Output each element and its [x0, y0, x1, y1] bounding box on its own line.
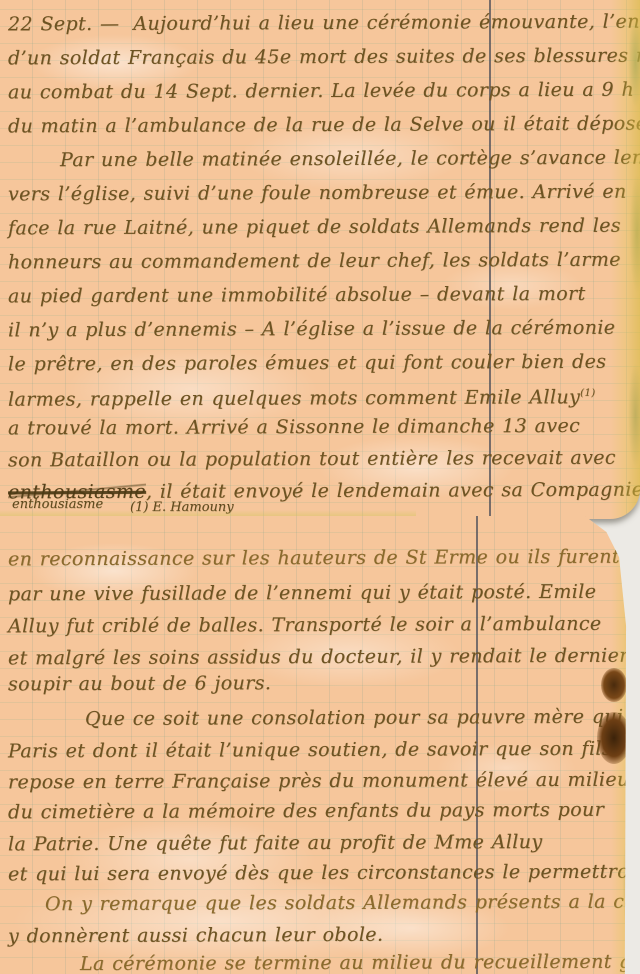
line-text: honneurs au commandement de leur chef, l… [8, 249, 621, 274]
handwritten-line: 22 Sept. —Aujourd’hui a lieu une cérémon… [8, 7, 640, 40]
line-text: Alluy fut criblé de balles. Transporté l… [8, 613, 602, 638]
line-text: la Patrie. Une quête fut faite au profit… [8, 831, 543, 855]
line-text: son Bataillon ou la population tout enti… [8, 447, 616, 472]
yellowed-right-edge [610, 0, 640, 519]
handwritten-line: Par une belle matinée ensoleillée, le co… [8, 143, 640, 176]
handwritten-line: a trouvé la mort. Arrivé a Sissonne le d… [8, 411, 640, 444]
handwritten-line: vers l’église, suivi d’une foule nombreu… [8, 177, 640, 210]
paper-fragment-bottom: en reconnaissance sur les hauteurs de St… [0, 516, 633, 974]
line-text: par une vive fusillade de l’ennemi qui y… [8, 581, 596, 606]
line-text: d’un soldat Français du 45e mort des sui… [8, 44, 640, 69]
handwritten-line: Alluy fut criblé de balles. Transporté l… [8, 609, 633, 642]
line-text: Paris et dont il était l’unique soutien,… [8, 738, 612, 763]
line-text: La cérémonie se termine au milieu du rec… [80, 950, 633, 974]
handwritten-line: son Bataillon ou la population tout enti… [8, 443, 640, 476]
line-text: Que ce soit une consolation pour sa pauv… [85, 705, 633, 730]
handwritten-line: en reconnaissance sur les hauteurs de St… [8, 542, 633, 575]
handwritten-line: et qui lui sera envoyé dès que les circo… [8, 857, 633, 890]
line-text: larmes, rappelle en quelques mots commen… [8, 386, 580, 410]
handwritten-line: La cérémonie se termine au milieu du rec… [8, 947, 633, 974]
handwritten-line: On y remarque que les soldats Allemands … [8, 887, 633, 920]
line-text: On y remarque que les soldats Allemands … [45, 890, 633, 915]
burn-stain [601, 668, 627, 702]
burn-stain [597, 712, 631, 764]
footnote-marker: (1) [580, 388, 595, 399]
line-text: au combat du 14 Sept. dernier. La levée … [8, 79, 634, 104]
handwritten-line: la Patrie. Une quête fut faite au profit… [8, 827, 633, 860]
handwritten-line: du matin a l’ambulance de la rue de la S… [8, 109, 640, 142]
handwritten-line: face la rue Laitné, une piquet de soldat… [8, 211, 640, 244]
line-text: vers l’église, suivi d’une foule nombreu… [8, 181, 627, 206]
line-text: repose en terre Française près du monume… [8, 769, 630, 794]
handwritten-line: repose en terre Française près du monume… [8, 765, 633, 798]
line-text: le prêtre, en des paroles émues et qui f… [8, 351, 606, 376]
handwritten-line: par une vive fusillade de l’ennemi qui y… [8, 577, 633, 610]
line-text: face la rue Laitné, une piquet de soldat… [8, 215, 621, 240]
line-text: au pied gardent une immobilité absolue –… [8, 283, 586, 308]
line-text: et malgré les soins assidus du docteur, … [8, 645, 629, 670]
line-text: du matin a l’ambulance de la rue de la S… [8, 113, 640, 138]
handwritten-line: il n’y a plus d’ennemis – A l’église a l… [8, 313, 640, 346]
handwritten-line: Que ce soit une consolation pour sa pauv… [8, 702, 633, 735]
handwritten-line: Paris et dont il était l’unique soutien,… [8, 734, 633, 767]
scanned-diary-page: 22 Sept. —Aujourd’hui a lieu une cérémon… [0, 0, 640, 974]
line-text: en reconnaissance sur les hauteurs de St… [8, 545, 633, 570]
handwritten-line: au pied gardent une immobilité absolue –… [8, 279, 640, 312]
handwritten-line: honneurs au commandement de leur chef, l… [8, 245, 640, 278]
line-text: soupir au bout de 6 jours. [8, 672, 271, 695]
line-text: et qui lui sera envoyé dès que les circo… [8, 861, 633, 886]
handwritten-line: au combat du 14 Sept. dernier. La levée … [8, 75, 640, 108]
line-text: Aujourd’hui a lieu une cérémonie émouvan… [133, 10, 640, 35]
handwritten-line: d’un soldat Français du 45e mort des sui… [8, 41, 640, 74]
line-text: y donnèrent aussi chacun leur obole. [8, 924, 383, 948]
handwritten-line: soupir au bout de 6 jours. [8, 667, 633, 700]
handwritten-line: le prêtre, en des paroles émues et qui f… [8, 347, 640, 380]
entry-date: 22 Sept. — [8, 13, 119, 35]
paper-fragment-top: 22 Sept. —Aujourd’hui a lieu une cérémon… [0, 0, 640, 519]
line-text: du cimetière a la mémoire des enfants du… [8, 799, 604, 824]
handwritten-line: du cimetière a la mémoire des enfants du… [8, 795, 633, 828]
line-text: il n’y a plus d’ennemis – A l’église a l… [8, 317, 616, 342]
line-text: a trouvé la mort. Arrivé a Sissonne le d… [8, 415, 580, 439]
handwritten-line: larmes, rappelle en quelques mots commen… [8, 379, 640, 415]
line-text: Par une belle matinée ensoleillée, le co… [60, 146, 640, 171]
